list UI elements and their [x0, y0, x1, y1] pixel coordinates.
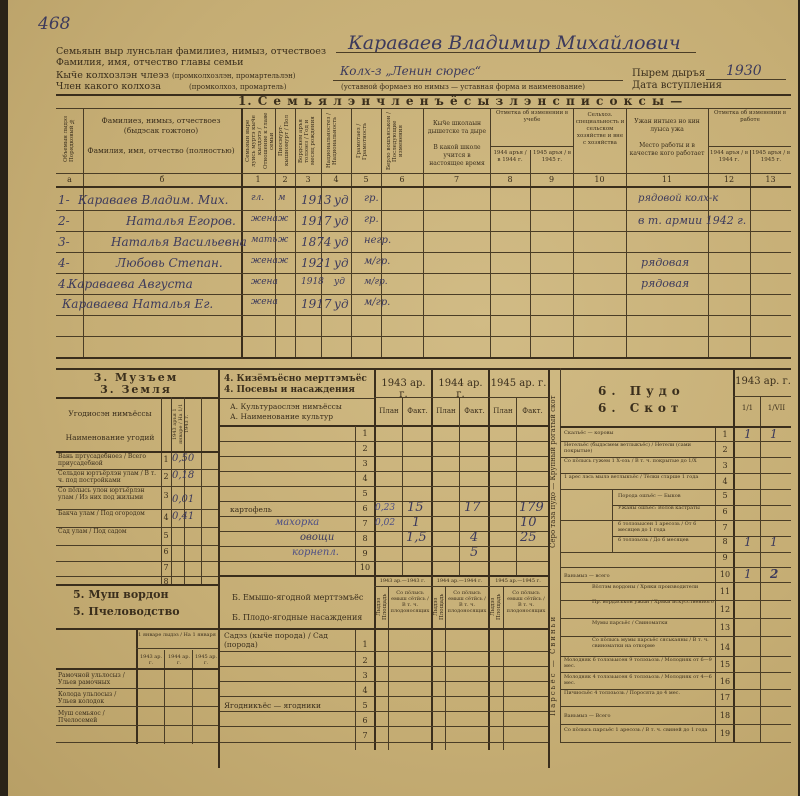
crop-name: картофель [230, 505, 272, 514]
plan-header: План [376, 408, 402, 415]
head-label-komi: Семьяын выр лунсьлан фамилиез, нимыз, от… [56, 47, 326, 57]
col-id: 7 [423, 175, 490, 184]
fact-header: Факт. [518, 408, 547, 415]
bees-row-label: Рамочной ульлосыз / Ульев рамочных [58, 672, 134, 686]
orchard-row-label: Садэз (кыӵе порода) / Сад (порода) [224, 631, 344, 649]
crops-sub-ru: А. Наименование культур [230, 412, 333, 421]
bees-year: 1944 ар. г. [166, 654, 192, 666]
col-9-header: 1945 аръя / в 1945 г. [532, 150, 572, 164]
section4-title-ru: 4. Посевы и насаждения [224, 385, 355, 395]
section4-title-komi: 4. Кизёмъёсно мерттэмъёс [224, 374, 367, 384]
col-5-header: Грамотаез / Грамотность [356, 112, 378, 170]
col-id: 13 [750, 175, 791, 184]
col-id: б [83, 175, 241, 184]
col-id: 4 [321, 175, 351, 184]
col-12-header: 1944 аръя / в 1944 г. [710, 150, 748, 164]
head-of-family-value: Караваев Владимир Михайлович [348, 32, 681, 54]
land-col-komi: Угодиосэн нимъёссы [68, 409, 151, 418]
plan-header: План [433, 408, 459, 415]
col-6-header: Берло вошъяськон / Последующие изменения [386, 112, 420, 170]
col-id: 1 [241, 175, 275, 184]
col-id: 2 [275, 175, 295, 184]
land-col-ru: Наименование угодий [66, 433, 155, 442]
fact-header: Факт. [404, 408, 431, 415]
orchards-year-1944: 1944 ар.—1944 г. [431, 578, 488, 584]
orchards-title-ru: Б. Плодо-ягодные насаждения [232, 613, 362, 622]
col-a-header: Объемын лыдэз Порядковый № [63, 112, 75, 167]
head-label-ru: Фамилия, имя, отчество главы семьи [56, 58, 243, 68]
section5-title-ru: 5. Пчеловодство [73, 605, 180, 618]
col-2-header: Пиосмурт-кышномурт / Пол [278, 112, 294, 170]
bees-row-label: Колода ульлосыз / Ульев колодок [58, 691, 134, 705]
col-id: 3 [295, 175, 321, 184]
fruiting-header: Со пӧлысь емыш сётӥсь / В т. ч. плодонос… [505, 590, 547, 614]
section1-title: 1. С е м ь я л э н ч л е н ъ ё с ы з л э… [238, 94, 683, 108]
col-jan: 1/1 [735, 404, 760, 412]
col-id: 11 [626, 175, 708, 184]
crops-year-1943: 1943 ар. г. [376, 378, 431, 400]
col-13-header: 1945 аръя / в 1945 г. [752, 150, 790, 164]
section6-title-komi: 6. Пудо [598, 384, 685, 398]
entry-date-value: 1930 [726, 63, 762, 79]
family-member-row-struck: 4- Любовь Степан. жена ж 1921 уд м/гр. р… [56, 256, 791, 274]
family-member-row-struck: 4. Караваева Августа жена 1918 уд м/гр. … [56, 277, 791, 295]
family-member-row-struck: 2- Наталья Егоров. жена ж 1917 уд гр. в … [56, 214, 791, 232]
entry-label-komi: Пырем дыръя [632, 69, 705, 79]
archival-document-page: 468 Семьяын выр лунсьлан фамилиез, нимыз… [8, 0, 798, 796]
bees-year: 1943 ар. г. [138, 654, 164, 666]
col-id: 6 [381, 175, 423, 184]
page-number: 468 [38, 14, 70, 34]
pigs-side-label: Парсьёс — Свиньи [550, 590, 560, 740]
col-1-header: Семьяын выре луись муртэ кыӵе кылдэтэ / … [245, 112, 273, 170]
col-7-header: Кыӵе школаын дышетске та дыреВ какой шко… [426, 120, 488, 168]
orchards-year-1945: 1945 ар.—1945 г. [488, 578, 548, 584]
col-8-header: 1944 аръя / в 1944 г. [492, 150, 528, 164]
fact-header: Факт. [461, 408, 488, 415]
family-member-row: Караваева Наталья Ег. жена 1917 уд м/гр. [56, 297, 791, 315]
section5-title-komi: 5. Муш вордон [73, 588, 169, 601]
col-id: 12 [708, 175, 750, 184]
family-member-row-struck: 3- Наталья Васильевна мать ж 1874 уд нег… [56, 235, 791, 253]
land-year-header: 1943 аръя 1 январе / На 1/1 1943 г. [172, 400, 184, 448]
bees-col-group: 1 январе лыдэз / На 1 января [138, 632, 216, 638]
col-id: 10 [573, 175, 626, 184]
area-header: Лыдэз Площадь [490, 590, 501, 624]
crop-name: махорка [275, 517, 319, 528]
col-8-9-group-header: Отметка об изменении в учебе [492, 110, 572, 124]
section3-title-ru: 3. Земля [100, 383, 172, 396]
kolkhoz-value: Колх-з „Ленин сюрес“ [340, 64, 481, 78]
plan-header: План [490, 408, 516, 415]
entry-label-ru: Дата вступления [632, 81, 722, 91]
fruiting-header: Со пӧлысь емыш сётӥсь / В т. ч. плодонос… [447, 590, 487, 614]
col-10-header: Сельхоз. специальность и сельском хозяйс… [575, 112, 625, 147]
area-header: Лыдэз Площадь [433, 590, 444, 624]
bees-year: 1945 ар. г. [194, 654, 218, 666]
col-3-header: Вордскем аръя толэзез / Год и месяц рожд… [298, 112, 320, 170]
orchards-year-1943: 1943 ар.—1943 г. [374, 578, 431, 584]
col-id: 8 [490, 175, 530, 184]
col-11-header: Ужан интыез но кин луыса ужаМесто работы… [628, 118, 706, 158]
col-id: a [56, 175, 83, 184]
col-4-header: Национальностез / Национальность [326, 112, 348, 170]
col-id: 9 [530, 175, 573, 184]
cattle-side-label: Сёро таза пудо — Крупный рогатый скот [550, 372, 560, 572]
bees-row-label: Муш семьяос / Пчелосемей [58, 710, 134, 724]
kolkhoz-label-komi: Кыӵе колхозлэн члеэз (промколхозлэн, про… [56, 71, 296, 81]
livestock-rows: Скалъёс — коровы 1 1 1 Нетельёс (быдэсме… [562, 427, 791, 747]
crops-year-1945: 1945 ар. г. [490, 378, 547, 389]
crops-year-1944: 1944 ар. г. [433, 378, 488, 400]
family-member-row: 1- Караваев Владим. Мих. гл. м 1913 уд г… [56, 193, 791, 211]
orchards-title-komi: Б. Емышо-ягодной мерттэмъёс [232, 593, 363, 602]
kolkhoz-label-ru: Член какого колхоза (промколхоз, промарт… [56, 82, 286, 92]
crop-name: корнепл. [292, 547, 339, 558]
col-12-13-group-header: Отметка об изменении в работе [710, 110, 790, 124]
fruiting-header: Со пӧлысь емыш сётӥсь / В т. ч. плодонос… [390, 590, 430, 614]
area-header: Лыдэз Площадь [376, 590, 387, 624]
kolkhoz-caption: (уставной формаез но нимыз — уставная фо… [341, 83, 585, 91]
col-b-header: Фамилиез, нимыз, отчествоез (быдэсак гож… [86, 116, 236, 156]
crop-name: овощи [300, 532, 334, 543]
col-jul: 1/VII [762, 404, 791, 412]
crops-sub-komi: А. Культураослэн нимъёссы [230, 402, 342, 411]
col-id: 5 [351, 175, 381, 184]
orchard-row-label: Ягодникъёс — ягодники [224, 701, 321, 710]
section6-title-ru: 6. Скот [598, 401, 683, 415]
livestock-year: 1943 ар. г. [735, 376, 791, 387]
